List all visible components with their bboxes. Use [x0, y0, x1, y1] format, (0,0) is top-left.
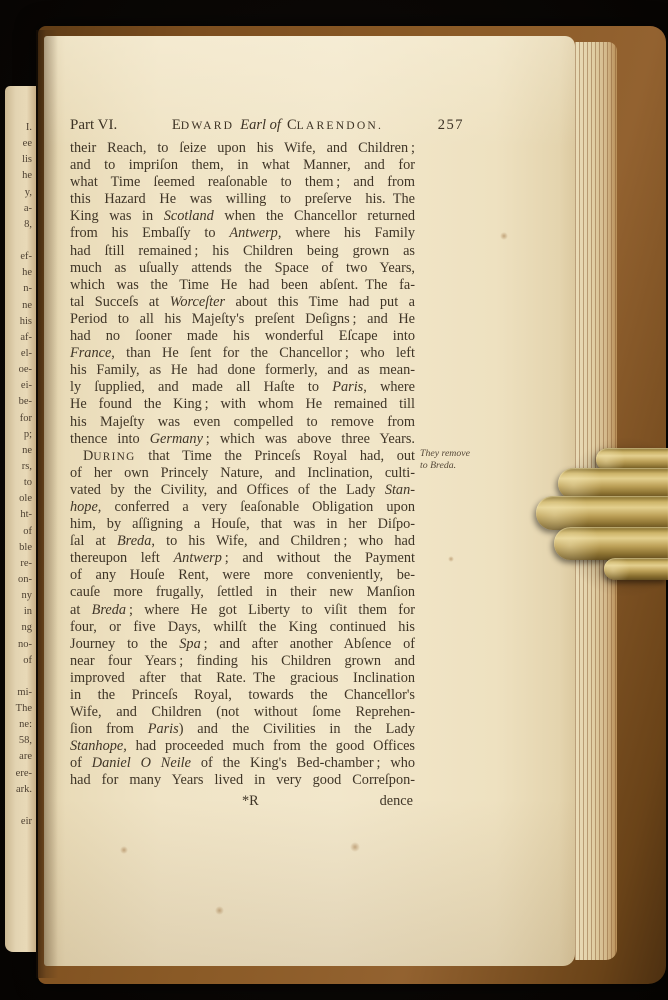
catchword: dence — [380, 793, 413, 810]
clasp-finger-4 — [604, 558, 668, 580]
text-line: vated by the Civility, and Offices of th… — [70, 482, 415, 499]
fragment-line: ark. — [5, 782, 32, 798]
text-line: King was in Scotland when the Chancellor… — [70, 208, 415, 225]
fragment-line — [5, 669, 32, 685]
text-line: his Family, as He had done formerly, and… — [70, 362, 415, 379]
text-line: his Majeſty was even compelled to remove… — [70, 414, 415, 431]
foxing-spot — [215, 906, 224, 915]
text-line: tal Succeſs at Worceſter about this Time… — [70, 294, 415, 311]
text-line: what Time ſeemed reaſonable to them ; an… — [70, 174, 415, 191]
text-line: ly ſupplied, and made all Haſte to Paris… — [70, 379, 415, 396]
fragment-line: ht- — [5, 507, 32, 523]
foxing-spot — [448, 556, 454, 562]
text-line: of any Houſe Rent, were more convenientl… — [70, 567, 415, 584]
text-line: hope, conferred a very ſeaſonable Obliga… — [70, 499, 415, 516]
fragment-line: 58, — [5, 733, 32, 749]
page-number: 257 — [438, 117, 464, 134]
text-line: in the Princeſs Royal, towards the Chanc… — [70, 687, 415, 704]
text-line: Wife, and Children (not without ſome Rep… — [70, 704, 415, 721]
fragment-line: ne — [5, 298, 32, 314]
fragment-line: I. — [5, 120, 32, 136]
header-name-smallcaps: DWARD — [181, 119, 235, 132]
text-line: from his Embaſſy to Antwerp, where his F… — [70, 225, 415, 242]
fragment-line: el- — [5, 346, 32, 362]
header-earl-of: Earl of — [240, 117, 281, 133]
fragment-line: mi- — [5, 685, 32, 701]
text-line: this Hazard He was willing to preſerve h… — [70, 191, 415, 208]
text-line: of Daniel O Neile of the King's Bed-cham… — [70, 755, 415, 772]
body-text: their Reach, to ſeize upon his Wife, and… — [70, 140, 415, 790]
text-line: thence into Germany ; which was above th… — [70, 431, 415, 448]
clasp-finger-2 — [536, 496, 668, 530]
fragment-line: ng — [5, 620, 32, 636]
fragment-line: he — [5, 168, 32, 184]
fragment-line: ny (130) — [5, 588, 32, 604]
clasp-finger-1 — [558, 468, 668, 499]
fragment-line: af- — [5, 330, 32, 346]
fragment-line: n- — [5, 281, 32, 297]
fragment-line: ole — [5, 491, 32, 507]
facing-page-edge: I.eelishey,a-8, ef-hen-nehisaf-el-oe-ei-… — [5, 86, 36, 952]
text-line: France, than He ſent for the Chancellor … — [70, 345, 415, 362]
text-line: had no ſooner made his wonderful Eſcape … — [70, 328, 415, 345]
text-line: Period to all his Majeſty's preſent Deſi… — [70, 311, 415, 328]
fragment-line: 8, — [5, 217, 32, 233]
text-line: of her own Princely Nature, and Inclinat… — [70, 465, 415, 482]
text-line: had ſtill remained ; his Children being … — [70, 243, 415, 260]
fragment-line: eir — [5, 814, 32, 830]
fragment-line: no- — [5, 637, 32, 653]
fragment-line: y, — [5, 185, 32, 201]
facing-page-text-fragments: I.eelishey,a-8, ef-hen-nehisaf-el-oe-ei-… — [5, 86, 36, 830]
fragment-line: ef- — [5, 249, 32, 265]
text-line: cauſe more frugally, ſettled in their ne… — [70, 584, 415, 601]
fragment-line: to — [5, 475, 32, 491]
main-page: Part VI. EDWARD Earl of CLARENDON. 257 t… — [44, 36, 575, 966]
text-line: improved after that Rate. The gracious I… — [70, 670, 415, 687]
text-line: and to impriſon them, in what Manner, an… — [70, 157, 415, 174]
fragment-line — [5, 798, 32, 814]
header-surname-smallcaps: LARENDON. — [297, 119, 383, 132]
text-line: much as uſually attends the Space of two… — [70, 260, 415, 277]
fragment-line: The — [5, 701, 32, 717]
text-line: ſion from Paris) and the Civilities in t… — [70, 721, 415, 738]
text-line: had for many Years lived in very good Co… — [70, 772, 415, 789]
fragment-line: ne: — [5, 717, 32, 733]
text-line: thereupon left Antwerp ; and without the… — [70, 550, 415, 567]
fragment-line: of — [5, 524, 32, 540]
fragment-line: ee — [5, 136, 32, 152]
header-surname-initial: C — [287, 117, 297, 133]
fragment-line: ei- — [5, 378, 32, 394]
text-line: ſal at Breda, to his Wife, and Children … — [70, 533, 415, 550]
page-header: Part VI. EDWARD Earl of CLARENDON. 257 — [70, 116, 464, 134]
fragment-line: for — [5, 411, 32, 427]
text-line: four, or five Days, whilſt the King cont… — [70, 619, 415, 636]
fragment-line: are — [5, 749, 32, 765]
header-title: EDWARD Earl of CLARENDON. — [117, 116, 438, 134]
foxing-spot — [500, 232, 508, 240]
text-line: which was the Time He had been abſent. T… — [70, 277, 415, 294]
fragment-line — [5, 233, 32, 249]
text-line: their Reach, to ſeize upon his Wife, and… — [70, 140, 415, 157]
text-line: Stanhope, had proceeded much from the go… — [70, 738, 415, 755]
signature-row: *R dence — [70, 793, 415, 811]
fragment-line: re- — [5, 556, 32, 572]
fragment-line: oe- — [5, 362, 32, 378]
text-line: DURING that Time the Princeſs Royal had,… — [70, 448, 415, 465]
text-line: him, by aſſigning a Houſe, that was in h… — [70, 516, 415, 533]
fragment-line: on- — [5, 572, 32, 588]
clasp-finger-3 — [554, 527, 668, 560]
fragment-line: a- — [5, 201, 32, 217]
fragment-line: ere- — [5, 766, 32, 782]
text-line: near four Years ; finding his Children g… — [70, 653, 415, 670]
text-line: at Breda ; where He got Liberty to viſit… — [70, 602, 415, 619]
fragment-line: his — [5, 314, 32, 330]
fragment-line: rs, — [5, 459, 32, 475]
header-part-label: Part VI. — [70, 117, 117, 134]
margin-note-line1: They remove — [420, 448, 496, 460]
foxing-spot — [120, 846, 128, 854]
foxing-spot — [350, 842, 360, 852]
header-name-initial: E — [172, 117, 181, 133]
margin-note: They remove to Breda. — [420, 448, 496, 471]
fragment-line: lis — [5, 152, 32, 168]
fragment-line: in — [5, 604, 32, 620]
fragment-line: he — [5, 265, 32, 281]
text-line: Journey to the Spa ; and after another A… — [70, 636, 415, 653]
signature-mark: *R — [242, 793, 259, 810]
fragment-line: be- — [5, 394, 32, 410]
margin-note-line2: to Breda. — [420, 460, 496, 472]
fragment-line: of — [5, 653, 32, 669]
book-photograph: I.eelishey,a-8, ef-hen-nehisaf-el-oe-ei-… — [0, 0, 668, 1000]
fragment-line: ne — [5, 443, 32, 459]
fragment-line: ble — [5, 540, 32, 556]
text-line: He found the King ; with whom He remaine… — [70, 396, 415, 413]
fragment-line: p; — [5, 427, 32, 443]
